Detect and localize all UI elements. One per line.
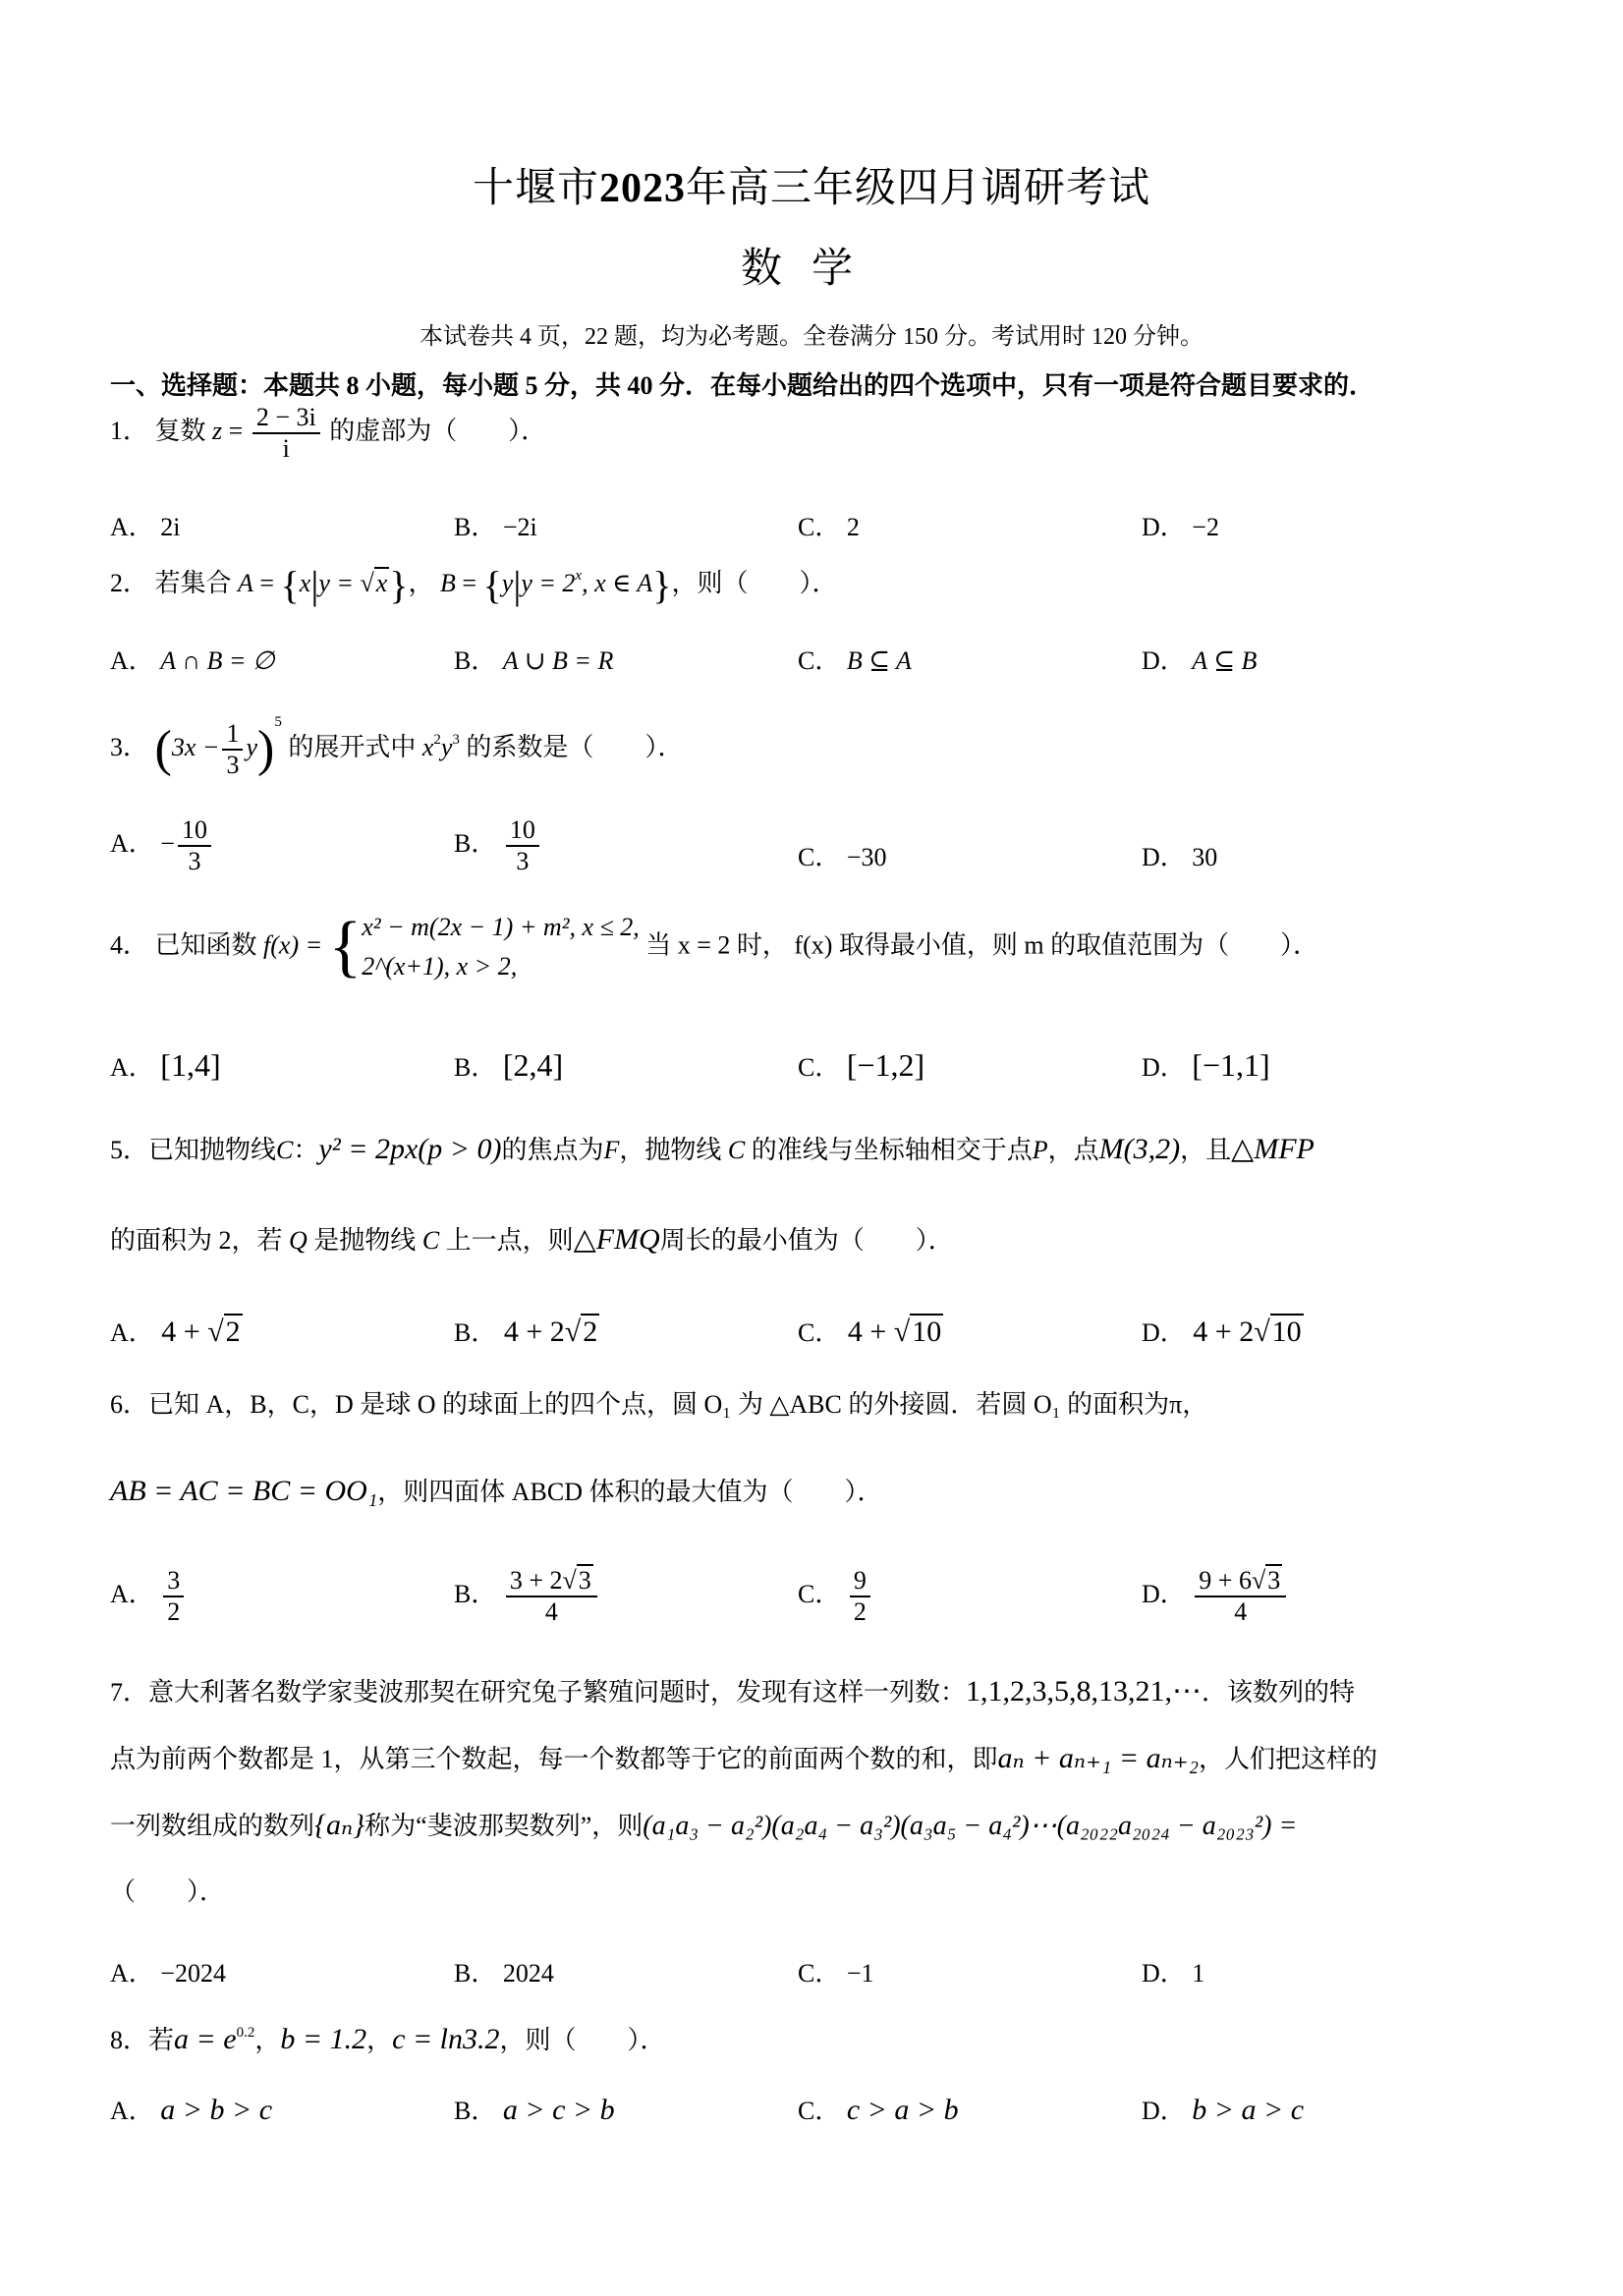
option-1D[interactable]: D． −2: [1142, 507, 1219, 543]
option-value: A ⊆ B: [1192, 646, 1257, 675]
title-city: 十堰市: [473, 166, 599, 211]
stem-close: ）．: [1280, 930, 1318, 959]
option-label: C．: [798, 843, 840, 871]
option-8D[interactable]: D． b > a > c: [1142, 2091, 1304, 2127]
fraction: 9 + 6√34: [1195, 1566, 1286, 1627]
math-var: P: [1033, 1136, 1048, 1164]
math-cond: , x ∈ A: [582, 569, 652, 597]
stem-text: 的虚部为（: [329, 417, 457, 445]
radicand: 10: [910, 1314, 943, 1348]
option-4A[interactable]: A． [1,4]: [110, 1047, 221, 1084]
option-value: A ∪ B = R: [503, 646, 614, 675]
numerator: 10: [506, 815, 539, 847]
option-value: [2,4]: [503, 1047, 563, 1083]
math-triangle: △FMQ: [574, 1223, 660, 1256]
option-label: C．: [798, 2097, 840, 2125]
question-1: 1． 复数 z = 2 − 3ii 的虚部为（）．: [110, 403, 546, 464]
option-3D[interactable]: D． 30: [1142, 837, 1217, 873]
question-3: 3． (3x −13y)5 的展开式中 x2y3 的系数是（）．: [110, 719, 683, 780]
option-value: −2i: [503, 513, 537, 541]
question-7-line-4: （）．: [110, 1876, 225, 1907]
option-2C[interactable]: C． B ⊆ A: [798, 641, 912, 677]
option-value: a > c > b: [503, 2094, 615, 2126]
paren-open: (: [155, 721, 172, 777]
denominator: 4: [1230, 1597, 1251, 1627]
option-label: A．: [110, 1580, 154, 1608]
math-set: {aₙ}: [314, 1809, 364, 1841]
denominator: 3: [512, 847, 532, 876]
stem-text: 的焦点为: [501, 1136, 603, 1164]
option-value: [1,4]: [160, 1047, 220, 1083]
option-label: B．: [454, 2097, 496, 2125]
option-label: A．: [110, 513, 154, 541]
stem-text: 当 x = 2 时， f(x) 取得最小值，则 m 的取值范围为（: [645, 930, 1229, 959]
question-4: 4． 已知函数 f(x) = {x² − m(2x − 1) + m², x ≤…: [110, 908, 1318, 987]
option-label: C．: [798, 1580, 840, 1608]
option-value: 4 +: [848, 1316, 894, 1348]
question-number: 4．: [110, 930, 148, 959]
option-4C[interactable]: C． [−1,2]: [798, 1047, 924, 1084]
option-label: C．: [798, 513, 840, 541]
option-value: a > b > c: [160, 2094, 272, 2126]
fraction: 3 + 2√34: [506, 1566, 597, 1627]
question-5-line-1: 5．已知抛物线C：y² = 2px(p > 0)的焦点为F，抛物线 C 的准线与…: [110, 1132, 1315, 1167]
math-var: C: [422, 1226, 439, 1255]
option-value: c > a > b: [847, 2094, 959, 2126]
option-8C[interactable]: C． c > a > b: [798, 2091, 959, 2127]
option-label: B．: [454, 1053, 496, 1082]
stem-text: 的准线与坐标轴相交于点: [752, 1136, 1033, 1164]
option-2D[interactable]: D． A ⊆ B: [1142, 641, 1257, 677]
question-2: 2． 若集合 A = {x|y = √x}， B = {y|y = 2x, x …: [110, 568, 838, 598]
math-eq: =: [229, 417, 244, 445]
stem-text: ，点: [1048, 1136, 1099, 1164]
option-value: 1: [1192, 1959, 1204, 1988]
question-6-line-2: AB = AC = BC = OO₁，则四面体 ABCD 体积的最大值为（）．: [110, 1474, 883, 1509]
exponent: 2: [433, 732, 441, 748]
option-5B[interactable]: B． 4 + 2√2: [454, 1313, 599, 1349]
option-3A[interactable]: A． −103: [110, 815, 214, 876]
math-triangle: △MFP: [1231, 1133, 1315, 1165]
numerator: 10: [178, 815, 211, 847]
stem-close: ）．: [508, 417, 546, 445]
question-number: 8．: [110, 2026, 148, 2054]
option-label: A．: [110, 1053, 154, 1082]
stem-close: ）．: [628, 2026, 666, 2054]
math-var: A: [238, 569, 253, 597]
option-6C[interactable]: C． 92: [798, 1566, 873, 1627]
radicand: 10: [1270, 1314, 1304, 1348]
stem-close: ）．: [644, 733, 683, 761]
option-2A[interactable]: A． A ∩ B = ∅: [110, 641, 275, 677]
stem-text: 点为前两个数都是 1，从第三个数起，每一个数都等于它的前面两个数的和，即: [110, 1745, 998, 1773]
brace-close: }: [389, 563, 408, 607]
question-number: 7．: [110, 1678, 148, 1707]
option-label: C．: [798, 1053, 840, 1082]
option-value: −30: [847, 843, 887, 871]
math-var: y: [441, 733, 453, 761]
option-label: D．: [1142, 1959, 1186, 1988]
stem-text: ，且: [1180, 1136, 1231, 1164]
option-label: D．: [1142, 2097, 1186, 2125]
option-2B[interactable]: B． A ∪ B = R: [454, 641, 613, 677]
radicand: 3: [1265, 1564, 1282, 1595]
exponent: 5: [274, 714, 282, 730]
question-8: 8．若a = e0.2，b = 1.2，c = ln3.2，则（）．: [110, 2022, 666, 2057]
option-label: A．: [110, 1318, 154, 1347]
stem-text: ，则四面体 ABCD 体积的最大值为（: [377, 1478, 793, 1506]
stem-text: 复数: [155, 417, 206, 445]
numerator: 3 + 2: [510, 1566, 563, 1595]
paren-close: ): [257, 721, 274, 777]
math-def: c = ln3.2: [392, 2023, 499, 2055]
question-7-line-3: 一列数组成的数列{aₙ}称为“斐波那契数列”，则(a₁a₃ − a₂²)(a₂a…: [110, 1808, 1297, 1843]
denominator: 3: [222, 751, 243, 780]
stem-text: 若: [148, 2026, 174, 2054]
section-heading: 一、选择题：本题共 8 小题，每小题 5 分，共 40 分．在每小题给出的四个选…: [110, 365, 1374, 402]
brace-open: {: [483, 563, 502, 607]
option-7C[interactable]: C． −1: [798, 1953, 874, 1989]
exponent: 3: [452, 732, 460, 748]
option-8B[interactable]: B． a > c > b: [454, 2091, 615, 2127]
stem-text: 的面积为 2，若: [110, 1226, 283, 1255]
stem-text: 意大利著名数学家斐波那契在研究兔子繁殖问题时，发现有这样一列数：: [148, 1678, 966, 1707]
math-cond: y =: [318, 569, 360, 597]
option-4B[interactable]: B． [2,4]: [454, 1047, 563, 1084]
exam-subject: 数学: [0, 236, 1623, 295]
option-label: C．: [798, 1959, 840, 1988]
option-label: B．: [454, 646, 496, 675]
math-var: y: [246, 733, 257, 761]
stem-text: ：: [293, 1136, 318, 1164]
question-number: 6．: [110, 1390, 148, 1419]
option-label: D．: [1142, 1580, 1186, 1608]
question-number: 5．: [110, 1136, 148, 1164]
question-7-line-1: 7．意大利著名数学家斐波那契在研究兔子繁殖问题时，发现有这样一列数：1,1,2,…: [110, 1674, 1355, 1709]
option-6A[interactable]: A． 32: [110, 1566, 187, 1627]
math-def: a = e: [174, 2023, 237, 2055]
option-label: D．: [1142, 646, 1186, 675]
option-6D[interactable]: D． 9 + 6√34: [1142, 1566, 1289, 1627]
piecewise: {x² − m(2x − 1) + m², x ≤ 2,2^(x+1), x >…: [329, 908, 640, 987]
stem-text: ．该数列的特: [1202, 1678, 1355, 1707]
math-point: M(3,2): [1099, 1133, 1180, 1165]
option-value: [−1,2]: [847, 1047, 924, 1083]
option-value: 4 + 2: [1193, 1316, 1254, 1348]
math-sequence: 1,1,2,3,5,8,13,21,⋯: [966, 1675, 1202, 1708]
math-var: x: [422, 733, 434, 761]
stem-text: 已知抛物线: [148, 1136, 276, 1164]
math-var: y: [502, 569, 514, 597]
numerator: 1: [222, 719, 243, 751]
math-var: F: [604, 1136, 620, 1164]
fraction: 103: [506, 815, 539, 876]
option-label: D．: [1142, 1053, 1186, 1082]
case-1: x² − m(2x − 1) + m², x ≤ 2,: [362, 908, 639, 947]
option-7B[interactable]: B． 2024: [454, 1953, 554, 1989]
radicand: 2: [224, 1314, 243, 1348]
math-eq: AB = AC = BC = OO₁: [110, 1475, 377, 1507]
option-label: D．: [1142, 513, 1186, 541]
option-3C[interactable]: C． −30: [798, 837, 887, 873]
option-6B[interactable]: B． 3 + 2√34: [454, 1566, 600, 1627]
option-label: A．: [110, 1959, 154, 1988]
math-var: Q: [289, 1226, 308, 1255]
option-value: 4 +: [161, 1316, 207, 1348]
option-value: B ⊆ A: [847, 646, 912, 675]
brace-close: }: [652, 563, 671, 607]
stem-text: 一列数组成的数列: [110, 1812, 314, 1840]
math-var: C: [276, 1136, 293, 1164]
option-value: A ∩ B = ∅: [160, 646, 274, 675]
stem-text: 上一点，则: [446, 1226, 574, 1255]
option-1C[interactable]: C． 2: [798, 507, 860, 543]
option-label: B．: [454, 829, 496, 858]
denominator: 2: [163, 1597, 184, 1627]
title-year: 2023: [599, 166, 686, 211]
option-value: b > a > c: [1192, 2094, 1304, 2126]
stem-text: 的展开式中: [288, 733, 416, 761]
stem-text: ，人们把这样的: [1199, 1745, 1377, 1773]
question-5-line-2: 的面积为 2，若 Q 是抛物线 C 上一点，则△FMQ周长的最小值为（）．: [110, 1222, 954, 1258]
option-5A[interactable]: A． 4 + √2: [110, 1313, 243, 1349]
math-expr: 3x −: [172, 733, 220, 761]
math-eq: y² = 2px(p > 0): [318, 1133, 501, 1165]
question-6-line-1: 6．已知 A，B，C，D 是球 O 的球面上的四个点，圆 O₁ 为 △ABC 的…: [110, 1389, 1207, 1420]
stem-text: 已知 A，B，C，D 是球 O 的球面上的四个点，圆 O₁ 为 △ABC 的外接…: [148, 1390, 1207, 1419]
exponent: 0.2: [237, 2025, 255, 2041]
sign: −: [160, 829, 175, 858]
option-label: A．: [110, 2097, 154, 2125]
denominator: i: [279, 434, 294, 464]
option-label: D．: [1142, 1318, 1186, 1347]
separator: ，: [366, 2026, 392, 2054]
option-7A[interactable]: A． −2024: [110, 1953, 226, 1989]
case-2: 2^(x+1), x > 2,: [362, 947, 639, 986]
stem-text: 周长的最小值为（: [660, 1226, 865, 1255]
brace-open: {: [281, 563, 300, 607]
stem-close: ）．: [916, 1226, 954, 1255]
stem-text: ，则（: [672, 569, 749, 597]
stem-text: 称为“斐波那契数列”，则: [364, 1812, 643, 1840]
option-4D[interactable]: D． [−1,1]: [1142, 1047, 1270, 1084]
exam-title: 十堰市2023年高三年级四月调研考试: [0, 155, 1623, 214]
option-value: −2: [1192, 513, 1219, 541]
numerator: 2 − 3i: [252, 403, 320, 434]
fraction: 32: [163, 1566, 184, 1627]
math-def: b = 1.2: [280, 2023, 366, 2055]
numerator: 3: [163, 1566, 184, 1597]
option-1A[interactable]: A． 2i: [110, 507, 181, 543]
math-var: B: [440, 569, 456, 597]
radicand: 2: [581, 1314, 599, 1348]
math-expr: (a₁a₃ − a₂²)(a₂a₄ − a₃²)(a₃a₅ − a₄²)⋯(a₂…: [643, 1811, 1297, 1841]
math-var: x: [300, 569, 311, 597]
title-suffix: 年高三年级四月调研考试: [686, 166, 1150, 211]
question-number: 1．: [110, 417, 148, 445]
math-cond: y = 2: [521, 569, 575, 597]
stem-text: （: [110, 1877, 136, 1906]
separator: ，: [254, 2026, 280, 2054]
question-number: 3．: [110, 733, 148, 761]
fraction: 2 − 3ii: [252, 403, 320, 464]
question-number: 2．: [110, 569, 148, 597]
brace-open: {: [329, 913, 363, 981]
option-value: −2024: [160, 1959, 226, 1988]
fraction: 13: [222, 719, 243, 780]
denominator: 4: [541, 1597, 562, 1627]
radicand: 3: [577, 1564, 593, 1595]
option-value: 2024: [503, 1959, 554, 1988]
stem-close: ）．: [845, 1478, 883, 1506]
option-value: 2i: [160, 513, 180, 541]
stem-text: 是抛物线: [313, 1226, 416, 1255]
option-label: B．: [454, 1318, 496, 1347]
stem-text: ，则（: [500, 2026, 577, 2054]
stem-close: ）．: [187, 1877, 225, 1906]
option-7D[interactable]: D． 1: [1142, 1953, 1204, 1989]
stem-text: 若集合: [155, 569, 232, 597]
option-label: D．: [1142, 843, 1186, 871]
option-value: 2: [847, 513, 860, 541]
option-value: 30: [1192, 843, 1217, 871]
option-value: −1: [847, 1959, 874, 1988]
stem-text: ，抛物线: [619, 1136, 721, 1164]
option-label: B．: [454, 513, 496, 541]
numerator: 9 + 6: [1199, 1566, 1252, 1595]
math-func: f(x) =: [263, 930, 322, 959]
option-label: B．: [454, 1580, 496, 1608]
exam-note: 本试卷共 4 页，22 题，均为必考题。全卷满分 150 分。考试用时 120 …: [0, 316, 1623, 351]
option-3B[interactable]: B． 103: [454, 815, 542, 876]
option-label: A．: [110, 646, 154, 675]
stem-text: 已知函数: [155, 930, 257, 959]
question-7-line-2: 点为前两个数都是 1，从第三个数起，每一个数都等于它的前面两个数的和，即aₙ +…: [110, 1741, 1377, 1776]
option-8A[interactable]: A． a > b > c: [110, 2091, 272, 2127]
option-label: A．: [110, 829, 154, 858]
math-var: C: [728, 1136, 745, 1164]
stem-text: 的系数是（: [466, 733, 593, 761]
denominator: 2: [850, 1597, 870, 1627]
option-value: [−1,1]: [1192, 1047, 1269, 1083]
math-var: z: [212, 417, 222, 445]
option-1B[interactable]: B． −2i: [454, 507, 537, 543]
radicand: x: [374, 567, 390, 597]
option-label: C．: [798, 1318, 840, 1347]
option-5C[interactable]: C． 4 + √10: [798, 1313, 943, 1349]
stem-close: ）．: [800, 569, 838, 597]
fraction: 103: [178, 815, 211, 876]
math-eq: aₙ + aₙ₊₁ = aₙ₊₂: [998, 1742, 1200, 1774]
numerator: 9: [850, 1566, 870, 1597]
denominator: 3: [184, 847, 204, 876]
option-5D[interactable]: D． 4 + 2√10: [1142, 1313, 1304, 1349]
separator: ，: [408, 569, 433, 597]
fraction: 92: [850, 1566, 870, 1627]
option-value: 4 + 2: [504, 1316, 565, 1348]
option-label: C．: [798, 646, 840, 675]
option-label: B．: [454, 1959, 496, 1988]
